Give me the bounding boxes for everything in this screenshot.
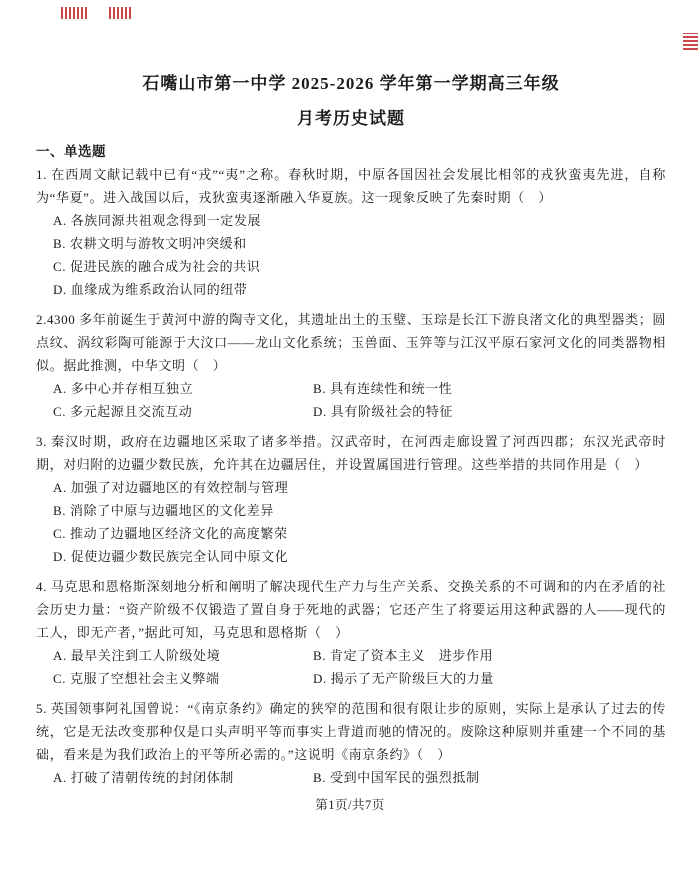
question-1-option-c: C. 促进民族的融合成为社会的共识 bbox=[36, 255, 666, 278]
question-4: 4. 马克思和恩格斯深刻地分析和阐明了解决现代生产力与生产关系、交换关系的不可调… bbox=[36, 575, 666, 690]
question-3-stem: 3. 秦汉时期，政府在边疆地区采取了诸多举措。汉武帝时，在河西走廊设置了河西四郡… bbox=[36, 430, 666, 476]
section-heading: 一、单选题 bbox=[36, 140, 666, 163]
question-3: 3. 秦汉时期，政府在边疆地区采取了诸多举措。汉武帝时，在河西走廊设置了河西四郡… bbox=[36, 430, 666, 568]
question-3-option-c: C. 推动了边疆地区经济文化的高度繁荣 bbox=[36, 522, 666, 545]
question-2-option-d: D. 具有阶级社会的特征 bbox=[313, 400, 666, 423]
question-1-option-a: A. 各族同源共祖观念得到一定发展 bbox=[36, 209, 666, 232]
red-stamp-mark-3 bbox=[683, 33, 698, 50]
question-5-option-a: A. 打破了清朝传统的封闭体制 bbox=[53, 766, 313, 789]
question-5-option-b: B. 受到中国军民的强烈抵制 bbox=[313, 766, 666, 789]
question-3-option-d: D. 促使边疆少数民族完全认同中原文化 bbox=[36, 545, 666, 568]
question-1-option-d: D. 血缘成为维系政治认同的纽带 bbox=[36, 278, 666, 301]
page-number: 第1页/共7页 bbox=[0, 795, 700, 813]
question-2-option-a: A. 多中心并存相互独立 bbox=[53, 377, 313, 400]
question-4-option-b: B. 肯定了资本主义 进步作用 bbox=[313, 644, 666, 667]
question-1-stem: 1. 在西周文献记载中已有“戎”“夷”之称。春秋时期，中原各国因社会发展比相邻的… bbox=[36, 163, 666, 209]
question-2-options: A. 多中心并存相互独立 B. 具有连续性和统一性 C. 多元起源且交流互动 D… bbox=[36, 377, 666, 423]
question-2-stem: 2.4300 多年前诞生于黄河中游的陶寺文化，其遗址出土的玉璧、玉琮是长江下游良… bbox=[36, 308, 666, 377]
document-content: 石嘴山市第一中学 2025-2026 学年第一学期高三年级 月考历史试题 一、单… bbox=[36, 74, 666, 796]
question-4-options: A. 最早关注到工人阶级处境 B. 肯定了资本主义 进步作用 C. 克服了空想社… bbox=[36, 644, 666, 690]
question-3-option-b: B. 消除了中原与边疆地区的文化差异 bbox=[36, 499, 666, 522]
question-4-stem: 4. 马克思和恩格斯深刻地分析和阐明了解决现代生产力与生产关系、交换关系的不可调… bbox=[36, 575, 666, 644]
question-1-option-b: B. 农耕文明与游牧文明冲突缓和 bbox=[36, 232, 666, 255]
question-5-options: A. 打破了清朝传统的封闭体制 B. 受到中国军民的强烈抵制 bbox=[36, 766, 666, 789]
page-title-line1: 石嘴山市第一中学 2025-2026 学年第一学期高三年级 bbox=[36, 74, 666, 94]
red-stamp-mark-1 bbox=[61, 7, 88, 19]
question-5-stem: 5. 英国领事阿礼国曾说：“《南京条约》确定的狭窄的范围和很有限让步的原则，实际… bbox=[36, 697, 666, 766]
question-2: 2.4300 多年前诞生于黄河中游的陶寺文化，其遗址出土的玉璧、玉琮是长江下游良… bbox=[36, 308, 666, 423]
question-3-options: A. 加强了对边疆地区的有效控制与管理 B. 消除了中原与边疆地区的文化差异 C… bbox=[36, 476, 666, 568]
question-5: 5. 英国领事阿礼国曾说：“《南京条约》确定的狭窄的范围和很有限让步的原则，实际… bbox=[36, 697, 666, 789]
question-2-option-c: C. 多元起源且交流互动 bbox=[53, 400, 313, 423]
red-stamp-mark-2 bbox=[109, 7, 133, 19]
page-title-line2: 月考历史试题 bbox=[36, 109, 666, 129]
question-4-option-a: A. 最早关注到工人阶级处境 bbox=[53, 644, 313, 667]
question-4-option-d: D. 揭示了无产阶级巨大的力量 bbox=[313, 667, 666, 690]
question-4-option-c: C. 克服了空想社会主义弊端 bbox=[53, 667, 313, 690]
question-3-option-a: A. 加强了对边疆地区的有效控制与管理 bbox=[36, 476, 666, 499]
question-1-options: A. 各族同源共祖观念得到一定发展 B. 农耕文明与游牧文明冲突缓和 C. 促进… bbox=[36, 209, 666, 301]
question-2-option-b: B. 具有连续性和统一性 bbox=[313, 377, 666, 400]
question-1: 1. 在西周文献记载中已有“戎”“夷”之称。春秋时期，中原各国因社会发展比相邻的… bbox=[36, 163, 666, 301]
exam-paper-page: 石嘴山市第一中学 2025-2026 学年第一学期高三年级 月考历史试题 一、单… bbox=[0, 0, 700, 878]
